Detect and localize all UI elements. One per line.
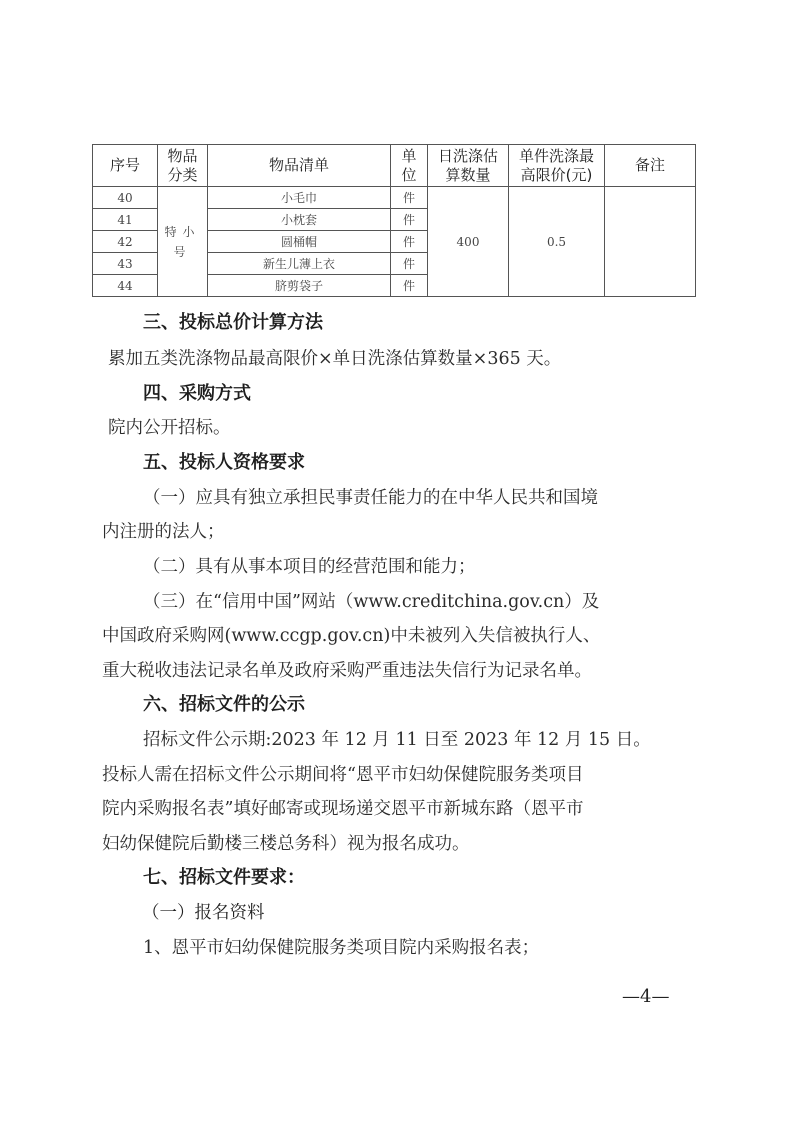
- cell-item: 脐剪袋子: [208, 275, 391, 297]
- publicity-line-3: 院内采购报名表”填好邮寄或现场递交恩平市新城东路（恩平市: [102, 795, 702, 820]
- table-row: 40 特小 号 小毛巾 件 400 0.5: [93, 187, 696, 209]
- section-heading-price-calculation: 三、投标总价计算方法: [143, 308, 323, 334]
- header-no: 序号: [93, 145, 158, 187]
- qualification-3-line-1: （三）在“信用中国”网站（www.creditchina.gov.cn）及: [143, 588, 743, 613]
- cell-no: 41: [93, 209, 158, 231]
- cell-item: 小枕套: [208, 209, 391, 231]
- header-item-list: 物品清单: [208, 145, 391, 187]
- document-page: 序号 物品 分类 物品清单 单 位 日洗涤估 算数量 单件洗涤最 高限价(元) …: [0, 0, 794, 1123]
- table-header-row: 序号 物品 分类 物品清单 单 位 日洗涤估 算数量 单件洗涤最 高限价(元) …: [93, 145, 696, 187]
- qualification-3-line-2: 中国政府采购网(www.ccgp.gov.cn)中未被列入失信被执行人、: [102, 622, 702, 647]
- cell-item: 新生儿薄上衣: [208, 253, 391, 275]
- header-remark: 备注: [605, 145, 696, 187]
- price-calculation-text: 累加五类洗涤物品最高限价×单日洗涤估算数量×365 天。: [108, 345, 708, 370]
- header-max-price: 单件洗涤最 高限价(元): [509, 145, 605, 187]
- cell-item: 小毛巾: [208, 187, 391, 209]
- qualification-2: （二）具有从事本项目的经营范围和能力；: [143, 553, 743, 578]
- procurement-method-text: 院内公开招标。: [108, 414, 708, 439]
- publicity-line-2: 投标人需在招标文件公示期间将“恩平市妇幼保健院服务类项目: [102, 761, 702, 786]
- publicity-line-4: 妇幼保健院后勤楼三楼总务科）视为报名成功。: [102, 830, 702, 855]
- qualification-1-line-1: （一）应具有独立承担民事责任能力的在中华人民共和国境: [143, 484, 743, 509]
- cell-max-price: 0.5: [509, 187, 605, 297]
- cell-item: 圆桶帽: [208, 231, 391, 253]
- section-heading-document-requirements: 七、招标文件要求：: [143, 863, 305, 889]
- cell-category: 特小 号: [158, 187, 208, 297]
- cell-unit: 件: [391, 209, 428, 231]
- header-unit: 单 位: [391, 145, 428, 187]
- section-heading-procurement-method: 四、采购方式: [143, 379, 251, 405]
- cell-remark: [605, 187, 696, 297]
- laundry-items-table: 序号 物品 分类 物品清单 单 位 日洗涤估 算数量 单件洗涤最 高限价(元) …: [92, 144, 696, 297]
- cell-no: 40: [93, 187, 158, 209]
- publicity-line-1: 招标文件公示期:2023 年 12 月 11 日至 2023 年 12 月 15…: [143, 726, 743, 751]
- page-number: —4—: [622, 986, 669, 1007]
- section-heading-bidder-qualifications: 五、投标人资格要求: [143, 448, 305, 474]
- subsection-registration-materials: （一）报名资料: [142, 899, 265, 924]
- header-category: 物品 分类: [158, 145, 208, 187]
- qualification-1-line-2: 内注册的法人；: [102, 518, 702, 543]
- cell-no: 42: [93, 231, 158, 253]
- cell-daily-quantity: 400: [428, 187, 509, 297]
- cell-unit: 件: [391, 231, 428, 253]
- cell-no: 43: [93, 253, 158, 275]
- registration-item-1: 1、恩平市妇幼保健院服务类项目院内采购报名表；: [143, 934, 743, 959]
- cell-unit: 件: [391, 187, 428, 209]
- cell-no: 44: [93, 275, 158, 297]
- cell-unit: 件: [391, 275, 428, 297]
- qualification-3-line-3: 重大税收违法记录名单及政府采购严重违法失信行为记录名单。: [102, 657, 702, 682]
- cell-unit: 件: [391, 253, 428, 275]
- section-heading-document-publicity: 六、招标文件的公示: [143, 690, 305, 716]
- header-daily-quantity: 日洗涤估 算数量: [428, 145, 509, 187]
